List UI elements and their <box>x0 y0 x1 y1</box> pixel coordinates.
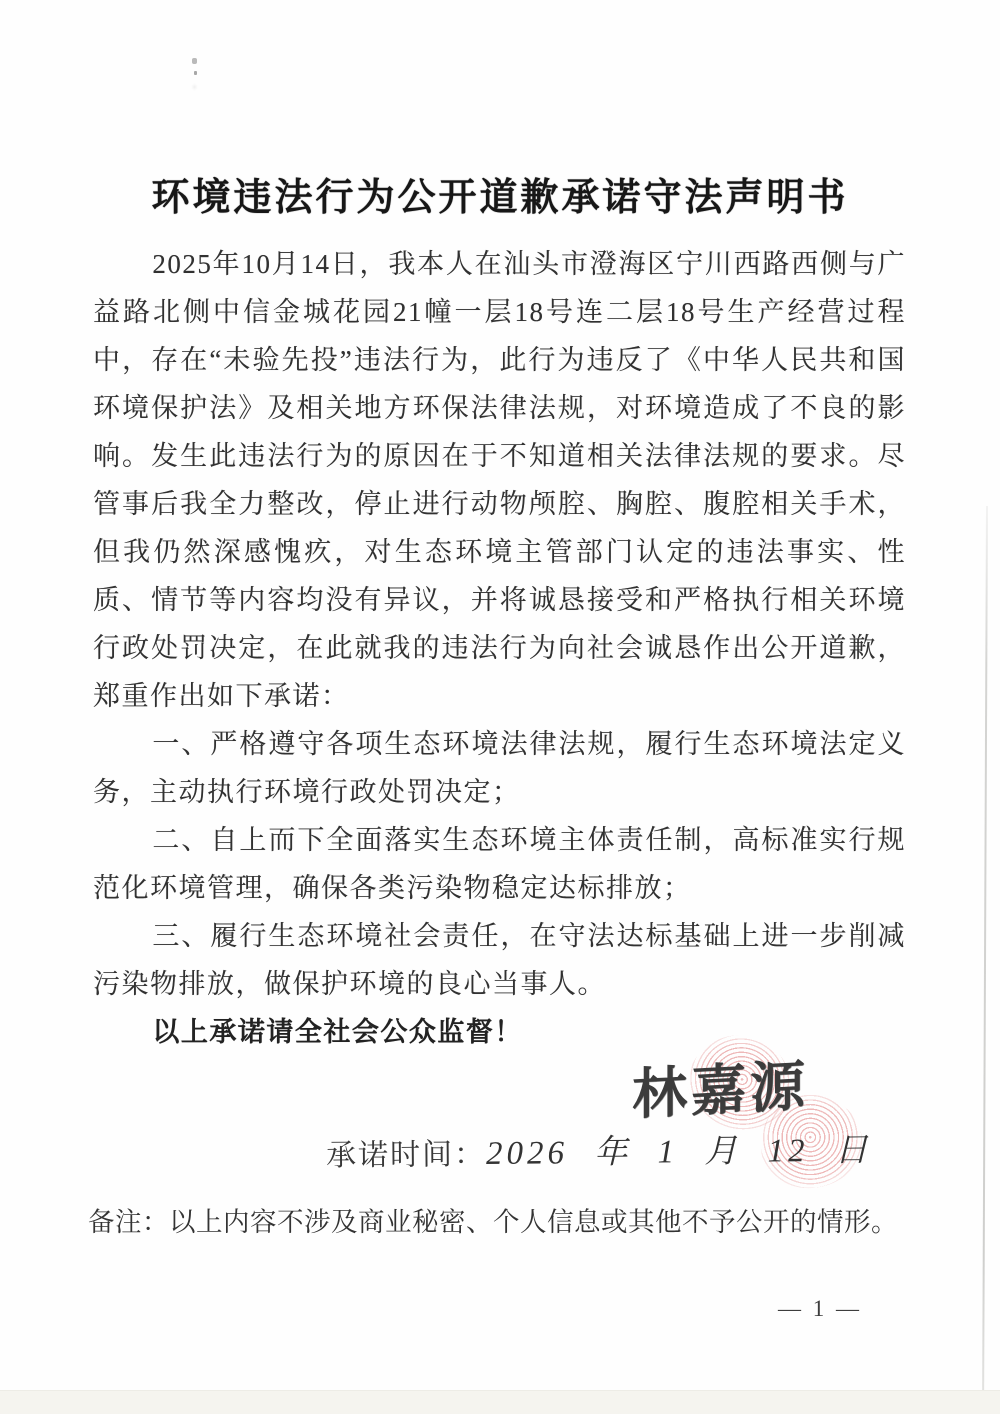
commitment-date-line: 承诺时间：2026 年 1 月 12 日 <box>326 1124 872 1176</box>
handwritten-date: 2026 年 1 月 12 日 <box>486 1133 872 1172</box>
scan-edge-line <box>982 506 988 1392</box>
date-label: 承诺时间： <box>326 1138 486 1172</box>
paragraph-intro: 2025年10月14日，我本人在汕头市澄海区宁川西路西侧与广益路北侧中信金城花园… <box>93 240 906 720</box>
document-body: 2025年10月14日，我本人在汕头市澄海区宁川西路西侧与广益路北侧中信金城花园… <box>93 240 906 1056</box>
paragraph-commitment-2: 二、自上而下全面落实生态环境主体责任制，高标准实行规范化环境管理，确保各类污染物… <box>93 816 906 912</box>
page-number: — 1 — <box>778 1296 862 1322</box>
scan-bottom-edge <box>0 1390 1000 1414</box>
scan-artifact-smudge <box>192 58 197 64</box>
page-title: 环境违法行为公开道歉承诺守法声明书 <box>0 166 1000 221</box>
handwritten-signature: 林嘉源 <box>632 1041 809 1129</box>
remark-note: 备注：以上内容不涉及商业秘密、个人信息或其他不予公开的情形。 <box>88 1200 905 1239</box>
paragraph-commitment-1: 一、严格遵守各项生态环境法律法规，履行生态环境法定义务，主动执行环境行政处罚决定… <box>93 720 906 816</box>
document-page: 环境违法行为公开道歉承诺守法声明书 2025年10月14日，我本人在汕头市澄海区… <box>0 0 1000 1414</box>
paragraph-commitment-3: 三、履行生态环境社会责任，在守法达标基础上进一步削减污染物排放，做保护环境的良心… <box>93 912 906 1008</box>
